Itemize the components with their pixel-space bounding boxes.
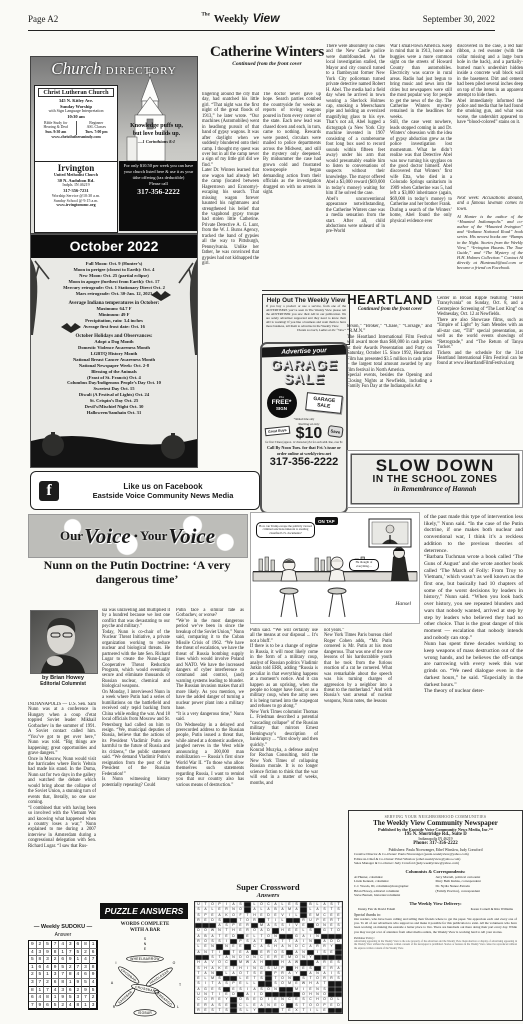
sudoku-cell: 6 [75, 941, 83, 949]
order-instructions: Call By Noon Tues. for that Fri.’s issue… [262, 445, 346, 456]
circled-word: EMBARGO [153, 988, 176, 1009]
church-listing-ad: For only $10.50 per week you can have yo… [119, 161, 198, 231]
circled-word: HANDLEBAR [145, 966, 174, 989]
sudoku-cell: 1 [52, 994, 60, 1002]
voice-col-a: INDIANAPOLIS — U.S. Sen. Sam Nunn was at… [28, 702, 96, 898]
free-label: FREE* [267, 399, 297, 406]
sudoku-cell: 5 [82, 979, 90, 987]
crossword-cell [328, 1008, 335, 1013]
section-rule [262, 290, 523, 291]
sudoku-cell: 7 [59, 971, 67, 979]
garage-mid-row: Plus FREE* SIGN GARAGE SALE [262, 388, 346, 418]
asl-classes-col: BeginnerASL ClassesTues. 7:00 pm [76, 121, 117, 135]
october-astro-line: Mars retrograde: Oct. 30-Jan. 12, 2023 [35, 291, 193, 297]
quote-source: —1 Corinthians 8:1 [119, 139, 194, 145]
columnist-line: Steve Barnett, historian/columnist [354, 893, 436, 898]
circled-word: SANDBAR [114, 986, 137, 1008]
winters-col-0: lingering around the city that day, had … [202, 92, 259, 468]
staff-line: Sales Manager & Co-Owner: Judy Crawford … [354, 861, 517, 866]
banner-voice-2: Voice [168, 524, 215, 549]
sudoku-cell: 4 [52, 987, 60, 995]
heartland-continued: Continued from the front cover [347, 307, 433, 312]
sudoku-answer-block: — Weekly SUDOKU — Answer 925743681439817… [28, 924, 98, 1010]
header-rule [28, 30, 495, 31]
sudoku-cell: 5 [67, 994, 75, 1002]
sudoku-cell: 9 [59, 994, 67, 1002]
sudoku-cell: 8 [90, 964, 98, 972]
sudoku-cell: 1 [67, 979, 75, 987]
garage-sale-ad: Advertise your GARAGE SALE Plus FREE* SI… [260, 342, 348, 514]
word-search-grid: SNEIOATRLWHEELBARROWCROWBARHANDLEBARCROS… [102, 934, 188, 1024]
banner-our: Our [60, 528, 83, 544]
sale-word: SALE [262, 371, 347, 385]
ad-phone: 317-356-2222 [121, 187, 196, 197]
cartoonist-signature: Hansel [395, 601, 411, 607]
sudoku-cell: 7 [75, 964, 83, 972]
sudoku-cell: 6 [67, 987, 75, 995]
heartland-headline-block: HEARTLAND Continued from the front cover [347, 292, 433, 312]
winters-col-2: There were absolutely no clues and the N… [326, 44, 385, 288]
sudoku-cell: 8 [37, 956, 45, 964]
crossword-cell [230, 1008, 237, 1013]
sudoku-cell: 7 [29, 1002, 37, 1010]
crossword-cell: E [321, 1008, 328, 1013]
crossword-cell [335, 1008, 342, 1013]
sudoku-cell: 1 [37, 987, 45, 995]
sudoku-cell: 4 [29, 949, 37, 957]
sudoku-cell: 5 [52, 1002, 60, 1010]
banner-dot: • [134, 529, 138, 544]
winters-headline: Catherine Winters [202, 44, 332, 61]
quote-line: Knowledge puffs up, [119, 123, 194, 131]
delivery-name: Karen Cornell & Rita Williams [471, 907, 513, 911]
cartoon-speech-bubble-1: How can Trump escape the publicly viewed… [256, 522, 315, 538]
stray-letter: S [144, 937, 147, 941]
crossword-grid: UTOPIASLOCALESBLASTSALERNOALABAMALASTSSP… [194, 901, 343, 1014]
sudoku-cell: 1 [44, 971, 52, 979]
sudoku-cell: 6 [52, 979, 60, 987]
facebook-line1: Like us on Facebook [67, 482, 259, 491]
sudoku-cell: 6 [37, 964, 45, 972]
sudoku-cell: 4 [90, 979, 98, 987]
sudoku-cell: 3 [52, 971, 60, 979]
sudoku-cell: 3 [67, 941, 75, 949]
sudoku-cell: 6 [82, 971, 90, 979]
worship-time: 10:30 am [36, 114, 116, 120]
voice-col-e: not years.” New York Times Paris bureau … [324, 628, 392, 806]
winters-continued: Continued from the front cover [202, 61, 332, 67]
circled-word: ISOBAR [134, 1010, 156, 1016]
price-fine-print: for first 3 lines (approx. 12 characters… [262, 441, 346, 444]
sudoku-cell: 2 [90, 994, 98, 1002]
voice-col-d: Putin said. “We will certainly use all t… [250, 628, 318, 898]
svg-text:SANDBAR: SANDBAR [117, 990, 133, 1005]
price-value: $10 [296, 426, 323, 441]
winters-headline-block: Catherine Winters Continued from the fro… [202, 44, 332, 67]
policy-body: Advertising appearing in the Weekly View… [354, 940, 517, 950]
voice-col-b: sia was unraveling and multiplied it by … [102, 608, 170, 898]
sudoku-cell: 4 [75, 971, 83, 979]
editorial-cartoon: How can Trump escape the publicly viewed… [250, 512, 420, 624]
sudoku-cell: 7 [44, 987, 52, 995]
ad-text: For only $10.50 per week you can have yo… [121, 163, 196, 181]
crossword-cell: X [293, 1008, 300, 1013]
svg-text:CROWBAR: CROWBAR [120, 968, 138, 983]
astro-list: Full Moon: Oct. 9 (Hunter’s)Moon in peri… [35, 261, 193, 297]
sudoku-grid: 9257436814398175265832691471649527382513… [28, 940, 98, 1010]
our-voice-banner: Our Voice • Your Voice [28, 514, 248, 558]
sudoku-cell: 8 [82, 941, 90, 949]
sudoku-cell: 9 [90, 971, 98, 979]
crossword-title: Super Crossword [194, 882, 342, 892]
columnists-left: Al Hunter, columnistLinda Kennett, colum… [354, 875, 436, 898]
sudoku-cell: 1 [90, 941, 98, 949]
sudoku-cell: 2 [67, 964, 75, 972]
svg-text:HANDLEBAR: HANDLEBAR [149, 969, 170, 985]
bible-study-col: Bible Study forHearing & DeafSun. 9:30 a… [36, 121, 76, 135]
banner-your: Your [140, 528, 167, 544]
crossword-cell: S [223, 1008, 230, 1013]
sudoku-cell: 3 [59, 987, 67, 995]
sudoku-cell: 9 [67, 956, 75, 964]
classes-columns: Bible Study forHearing & DeafSun. 9:30 a… [36, 121, 116, 135]
sudoku-cell: 5 [37, 971, 45, 979]
sudoku-cell: 4 [37, 994, 45, 1002]
banner-voice-1: Voice [84, 524, 131, 549]
sudoku-cell: 8 [29, 987, 37, 995]
crossword-cell: S [237, 1008, 244, 1013]
save-tag: Save [328, 425, 344, 438]
columnists-header: Columnists & Correspondents: [354, 869, 517, 874]
paper-phone: Phone: 317-356-2222 [354, 841, 517, 846]
october-body: Full Moon: Oct. 9 (Hunter’s)Moon in peri… [35, 261, 193, 416]
crossword-cell: Y [251, 1008, 258, 1013]
irvington-umc-listing: Irvington United Methodist Church 30 N. … [34, 161, 118, 233]
sudoku-cell: 7 [82, 994, 90, 1002]
heartland-col-1: terson,” “Broker,” “Chase,” “Corsage,” a… [347, 324, 432, 446]
puzzle-answers-banner: PUZZLE ANSWERS [100, 903, 188, 919]
sudoku-cell: 1 [75, 956, 83, 964]
crossword-cell: E [286, 1008, 293, 1013]
help-out-box: Help Out The Weekly View If you buy a pr… [262, 294, 350, 345]
crossword-cell: T [300, 1008, 307, 1013]
sudoku-cell: 3 [75, 994, 83, 1002]
sudoku-cell: 8 [52, 949, 60, 957]
columnist-photo [30, 610, 98, 674]
slow-down-line2: IN THE SCHOOL ZONES [348, 474, 522, 485]
sudoku-cell: 2 [59, 1002, 67, 1010]
october-almanac-box: October 2022 Full Moon: Oct. 9 (Hunter’s… [30, 234, 198, 468]
sudoku-cell: 3 [44, 956, 52, 964]
crossword-cell: R [195, 1008, 202, 1013]
scripture-quote: Knowledge puffs up, but love builds up. … [119, 123, 194, 144]
sudoku-cell: 8 [44, 994, 52, 1002]
october-temp-line: Average first frost date: Oct. 16 [35, 324, 193, 330]
voice-col-f: of the past made this type of interventi… [424, 514, 523, 802]
crossword-subtitle: Answers [194, 892, 342, 899]
sudoku-cell: 9 [82, 987, 90, 995]
sudoku-cell: 1 [29, 964, 37, 972]
masthead: The Weekly View [201, 9, 279, 27]
sudoku-cell: 4 [82, 956, 90, 964]
delivery-header: The Weekly View Delivery: [354, 901, 517, 906]
delivery-list: Danny Fair & David EdsallKaren Cornell &… [354, 907, 517, 911]
sudoku-cell: 9 [37, 1002, 45, 1010]
sudoku-cell: 6 [90, 949, 98, 957]
limited-time-note: *limited time only [262, 418, 346, 421]
sudoku-cell: 8 [75, 1002, 83, 1010]
sudoku-cell: 5 [59, 964, 67, 972]
crossword-answer-block: Super Crossword Answers UTOPIASLOCALESBL… [194, 882, 342, 1014]
delivery-name: Danny Fair & David Edsall [358, 907, 395, 911]
sudoku-cell: 3 [29, 979, 37, 987]
sudoku-cell: 6 [59, 956, 67, 964]
slow-down-line1: SLOW DOWN [348, 457, 522, 474]
crossword-cell: L [314, 1008, 321, 1013]
stray-letter: A [111, 981, 114, 985]
mini-yard-sign: GARAGE SALE [305, 392, 343, 414]
sudoku-cell: 4 [67, 1002, 75, 1010]
masthead-the: The [201, 13, 209, 18]
sudoku-cell: 2 [37, 941, 45, 949]
sudoku-cell: 4 [44, 964, 52, 972]
correspondent-line: (Family Practice), correspondent [436, 889, 518, 894]
crossword-cell: I [307, 1008, 314, 1013]
masthead-view: View [253, 11, 280, 25]
columnist-portrait-art [31, 611, 97, 673]
crossword-cell: T [216, 1008, 223, 1013]
svg-text:WHEELBARROW: WHEELBARROW [130, 957, 160, 961]
masthead-weekly: Weekly [214, 13, 249, 25]
free-sign-badge: Plus FREE* SIGN [267, 388, 297, 418]
stray-letter: T [179, 983, 181, 987]
church-title-caps: DIRECTORY [106, 65, 177, 77]
winters-col-1: The doctor never gave up hope. Search pa… [263, 92, 321, 288]
svg-text:ISOBAR: ISOBAR [138, 1011, 152, 1015]
sudoku-cell: 6 [29, 994, 37, 1002]
sudoku-cell: 7 [90, 956, 98, 964]
columnists-columns: Al Hunter, columnistLinda Kennett, colum… [354, 875, 517, 898]
crossword-cell [265, 1008, 272, 1013]
sudoku-cell: 7 [37, 979, 45, 987]
sudoku-title: — Weekly SUDOKU — [28, 924, 98, 930]
thanks-body: Our readers, who have been calling and t… [354, 917, 517, 934]
columnists-right: Jerry Marrell, political cartoonistMary … [436, 875, 518, 898]
sudoku-cell: 5 [90, 987, 98, 995]
sudoku-cell: 2 [52, 956, 60, 964]
newspaper-page: Page A2 The Weekly View September 30, 20… [0, 0, 523, 1024]
sign-label: SIGN [267, 406, 297, 411]
sudoku-cell: 8 [67, 971, 75, 979]
staff-list: Creative Director & Co-Owner: Paula Nice… [354, 852, 517, 866]
facebook-icon: f [39, 481, 59, 501]
facebook-line2: Eastside Voice Community News Media [67, 491, 259, 500]
paper-name: The Weekly View Community Newspaper [354, 819, 517, 827]
sudoku-cell: 2 [82, 949, 90, 957]
sudoku-cell: 1 [82, 1002, 90, 1010]
temps-list: Maximum: 64.7 FMinimum: 49 FPrecipitatio… [35, 306, 193, 330]
great-buys-sign: Great Buys [265, 426, 290, 437]
sudoku-subtitle: Answer [28, 932, 98, 938]
circled-word: WHEELBARROW [127, 956, 164, 962]
sudoku-cell: 4 [59, 941, 67, 949]
stray-letter: E [144, 947, 147, 951]
sudoku-cell: 5 [75, 949, 83, 957]
stray-letter: L [177, 1005, 179, 1009]
voice-col-c: Putin face a similar fate as Gorbachev, … [176, 608, 244, 898]
help-out-body: If you buy a product or use a service, f… [266, 304, 346, 328]
october-holiday-line: Halloween/Samhain Oct. 31 [35, 410, 193, 416]
sudoku-cell: 7 [52, 941, 60, 949]
sudoku-cell: 2 [29, 971, 37, 979]
sudoku-cell: 8 [59, 979, 67, 987]
sudoku-cell: 9 [75, 979, 83, 987]
church-directory-ad: Church DIRECTORY Christ Lutheran Church … [30, 56, 198, 234]
facebook-box: f Like us on Facebook Eastside Voice Com… [30, 471, 260, 510]
sudoku-cell: 3 [90, 1002, 98, 1010]
crossword-cell [258, 1008, 265, 1013]
sudoku-cell: 7 [67, 949, 75, 957]
sudoku-cell: 1 [59, 949, 67, 957]
sudoku-cell: 9 [44, 949, 52, 957]
heartland-headline: HEARTLAND [347, 292, 433, 307]
winters-col-3: War I small-town America. Keep in mind t… [390, 44, 452, 288]
sudoku-cell: 2 [44, 979, 52, 987]
garage-price-row: Great Buys Starting at only $10 Save [262, 422, 346, 441]
stray-letter: N [144, 942, 147, 946]
church-website: www.irvingtonumc.org [36, 203, 116, 208]
sudoku-cell: 5 [44, 941, 52, 949]
price-block: Starting at only $10 [296, 422, 323, 441]
heartland-col-2: Center in Broad Ripple featuring “Hotel … [437, 296, 523, 446]
stray-letter: O [173, 961, 176, 965]
circled-word: CROWBAR [117, 965, 141, 986]
sudoku-cell: 3 [37, 949, 45, 957]
slow-down-psa: SLOW DOWN IN THE SCHOOL ZONES in Remembr… [347, 450, 523, 508]
page-header: Page A2 The Weekly View September 30, 20… [28, 9, 495, 27]
sudoku-cell: 2 [75, 987, 83, 995]
sudoku-cell: 9 [52, 964, 60, 972]
winters-col-4: discovered in the case, a red hair ribbo… [457, 44, 523, 192]
christ-lutheran-listing: Christ Lutheran Church 345 N. Kitley Ave… [34, 85, 118, 163]
word-search-answer-block: WORDS COMPLETE WITH A BAR SNEIOATRLWHEEL… [102, 922, 188, 1024]
quote-line: but love builds up. [119, 131, 194, 139]
october-title-banner: October 2022 [31, 235, 197, 258]
crossword-cell: E [202, 1008, 209, 1013]
sudoku-cell: 9 [29, 941, 37, 949]
garage-ad-phone: 317-356-2222 [262, 456, 346, 468]
byline-block: by Brian Howey Editorial Columnist [28, 675, 98, 687]
stray-letter: R [113, 1005, 116, 1009]
crossword-cell: T [279, 1008, 286, 1013]
sudoku-cell: 5 [29, 956, 37, 964]
voice-headline: Nunn on the Putin Doctrine: ‘A very dang… [28, 559, 246, 587]
slow-down-line3: in Remembrance of Hannah [348, 485, 522, 493]
help-out-signoff: Thanks so much, Ladies at the “View” [266, 328, 346, 332]
holidays-list: Adopt a Dog MonthDomestic Violence Aware… [35, 339, 193, 417]
sudoku-cell: 3 [82, 964, 90, 972]
on-tap-sign: ON TAP [315, 517, 338, 525]
church-title-script: Church [51, 59, 101, 78]
crossword-cell: L [244, 1008, 251, 1013]
page-number: Page A2 [28, 14, 58, 24]
byline-title: Editorial Columnist [28, 681, 98, 687]
church-name: Christ Lutheran Church [38, 88, 114, 97]
masthead-info-box: SERVING YOUR NEIGHBORHOOD COMMUNITIES Th… [348, 810, 523, 1021]
church-directory-title: Church DIRECTORY [31, 59, 197, 79]
crossword-cell: S [209, 1008, 216, 1013]
stray-letter: I [116, 961, 117, 965]
church-website: www.christlutheranindy.com [36, 135, 116, 140]
sudoku-cell: 6 [44, 1002, 52, 1010]
cartoon-speech-bubble-2: He thought of everything… [349, 559, 379, 571]
crossword-cell [272, 1008, 279, 1013]
help-out-title: Help Out The Weekly View [266, 297, 346, 304]
winters-author-bio: Al Hunter is the author of the “Haunted … [457, 214, 523, 288]
svg-text:EMBARGO: EMBARGO [156, 992, 173, 1007]
facebook-text: Like us on Facebook Eastside Voice Commu… [67, 482, 259, 500]
issue-date: September 30, 2022 [423, 14, 495, 24]
winters-next-week: Next week: Accusations abound, and a fam… [457, 196, 523, 210]
